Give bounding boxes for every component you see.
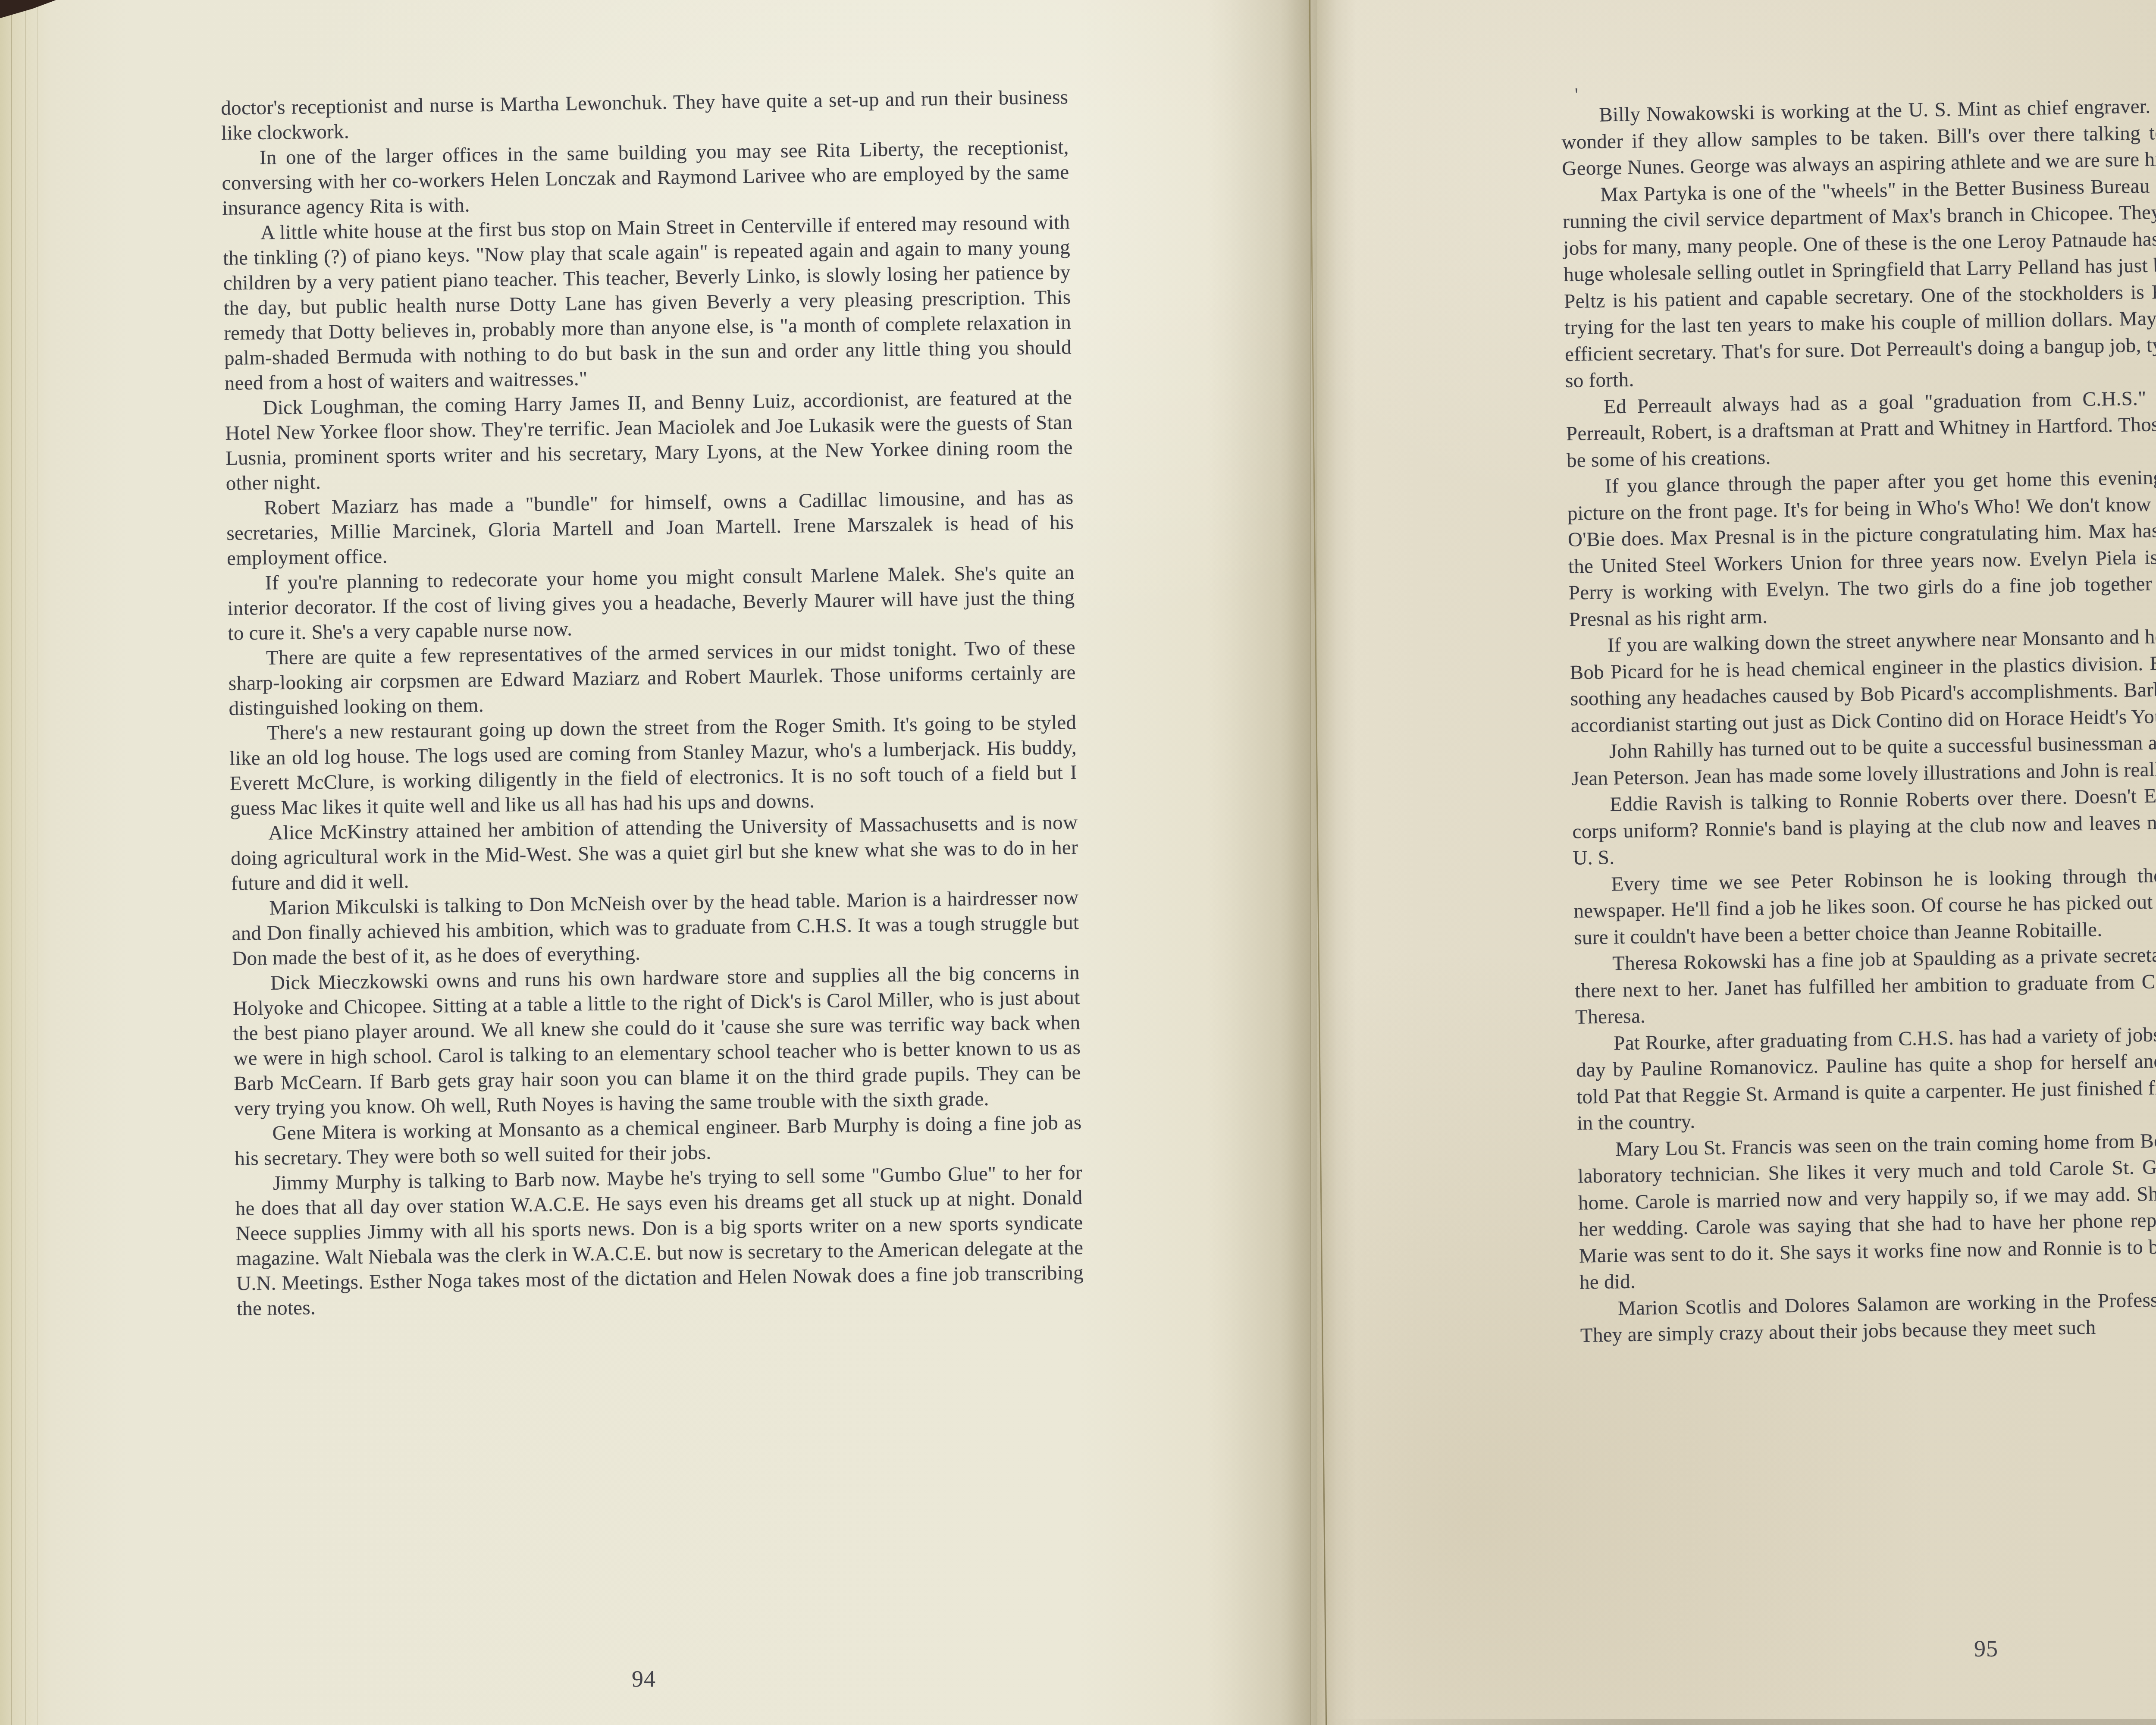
paragraph: Alice McKinstry attained her ambition of… (230, 810, 1078, 896)
paragraph: Pat Rourke, after graduating from C.H.S.… (1576, 1018, 2156, 1137)
paragraph: If you are walking down the street anywh… (1569, 620, 2156, 739)
page-edge-line (37, 0, 38, 1725)
paragraph: Robert Maziarz has made a "bundle" for h… (226, 485, 1074, 571)
paragraph: Dick Loughman, the coming Harry James II… (225, 385, 1073, 496)
paragraph: Theresa Rokowski has a fine job at Spaul… (1574, 938, 2156, 1031)
paragraph: Max Partyka is one of the "wheels" in th… (1562, 169, 2156, 395)
right-page-text: Billy Nowakowski is working at the U. S.… (1561, 89, 2156, 1349)
book-spread: doctor's receptionist and nurse is Marth… (0, 0, 2156, 1725)
page-bottom-edge (1328, 1719, 2156, 1725)
page-number-right: 95 (1974, 1635, 1998, 1662)
paragraph: A little white house at the first bus st… (222, 210, 1072, 396)
paragraph: If you're planning to redecorate your ho… (227, 560, 1075, 646)
paragraph: Mary Lou St. Francis was seen on the tra… (1577, 1124, 2156, 1296)
page-number-left: 94 (632, 1665, 656, 1692)
paragraph: There's a new restaurant going up down t… (229, 710, 1078, 821)
left-page-text: doctor's receptionist and nurse is Marth… (221, 85, 1084, 1321)
paragraph: Ed Perreault always had as a goal "gradu… (1566, 381, 2156, 474)
paragraph: Jimmy Murphy is talking to Barb now. May… (235, 1160, 1084, 1321)
paragraph: In one of the larger offices in the same… (222, 135, 1070, 221)
gutter-shadow (1310, 0, 1362, 1725)
gutter-shadow (1207, 0, 1311, 1725)
paragraph: Eddie Ravish is talking to Ronnie Robert… (1572, 779, 2156, 872)
paragraph: Every time we see Peter Robinson he is l… (1573, 859, 2156, 951)
stray-ink-mark: ' (1575, 85, 1578, 105)
paragraph: If you glance through the paper after yo… (1567, 461, 2156, 633)
paragraph: Marion Mikculski is talking to Don McNei… (231, 885, 1079, 971)
paragraph: There are quite a few representatives of… (228, 635, 1076, 721)
paragraph: Billy Nowakowski is working at the U. S.… (1561, 89, 2156, 182)
page-edge-line (25, 0, 26, 1725)
paragraph: Dick Mieczkowski owns and runs his own h… (232, 960, 1081, 1121)
page-edge-line (11, 0, 12, 1725)
